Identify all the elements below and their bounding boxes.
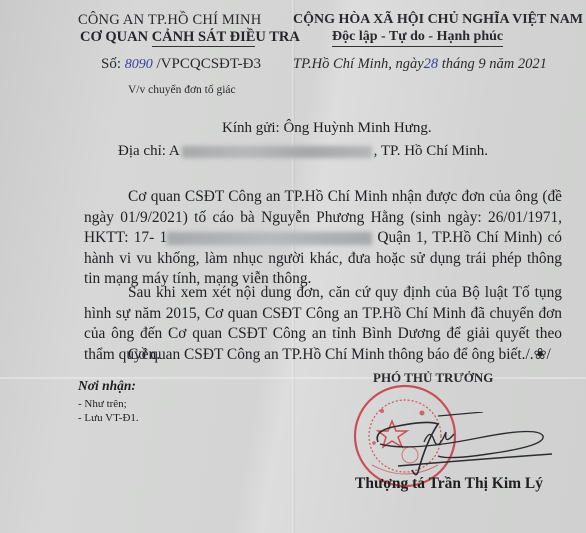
national-motto: Độc lập - Tự do - Hạnh phúc — [332, 29, 503, 47]
recipient-greeting: Kính gửi: Ông Huỳnh Minh Hưng. — [222, 120, 432, 137]
body-paragraph-3: Cơ quan CSĐT Công an TP.Hồ Chí Minh thôn… — [84, 345, 562, 366]
para3-text: Cơ quan CSĐT Công an TP.Hồ Chí Minh thôn… — [84, 345, 562, 366]
para1-text-b-pre: 1 — [159, 229, 167, 246]
dept-text-post: U TRA — [255, 29, 299, 45]
agency-name: CÔNG AN TP.HỒ CHÍ MINH — [78, 12, 261, 29]
signer-name: Thượng tá Trần Thị Kim Lý — [355, 475, 543, 493]
date-pre: TP.Hồ Chí Minh, ngày — [293, 56, 424, 72]
recipients-title: Nơi nhận: — [78, 378, 136, 394]
dept-text-underlined: CẢNH SÁT ĐIỀ — [152, 29, 256, 47]
number-code: /VPCQCSĐT-Đ3 — [153, 56, 261, 72]
document-date: TP.Hồ Chí Minh, ngày28 tháng 9 năm 2021 — [293, 56, 547, 73]
document-number: Số: 8090 /VPCQCSĐT-Đ3 — [101, 56, 261, 73]
signer-position: PHÓ THỦ TRƯỞNG — [373, 370, 493, 386]
redacted-address — [182, 146, 372, 158]
recipients-item: - Như trên; — [78, 398, 127, 410]
document-subject: V/v chuyển đơn tố giác — [128, 84, 236, 96]
agency-department: CƠ QUAN CẢNH SÁT ĐIỀU TRA — [80, 29, 300, 46]
signature-icon — [368, 412, 553, 482]
address-label: Địa chỉ: A — [118, 143, 180, 159]
date-day-handwritten: 28 — [424, 56, 439, 72]
number-label: Số: — [101, 56, 125, 72]
number-handwritten: 8090 — [125, 57, 153, 72]
body-paragraph-1: Cơ quan CSĐT Công an TP.Hồ Chí Minh nhận… — [84, 187, 562, 290]
date-post: tháng 9 năm 2021 — [438, 56, 547, 72]
recipients-item: - Lưu VT-Đ1. — [78, 412, 139, 424]
address-suffix: , TP. Hồ Chí Minh. — [374, 143, 488, 159]
national-title: CỘNG HÒA XÃ HỘI CHỦ NGHĨA VIỆT NAM — [293, 12, 583, 28]
dept-text-pre: CƠ QUAN — [80, 29, 152, 45]
redacted-residence — [167, 232, 372, 245]
recipient-address: Địa chỉ: A, TP. Hồ Chí Minh. — [118, 143, 488, 160]
